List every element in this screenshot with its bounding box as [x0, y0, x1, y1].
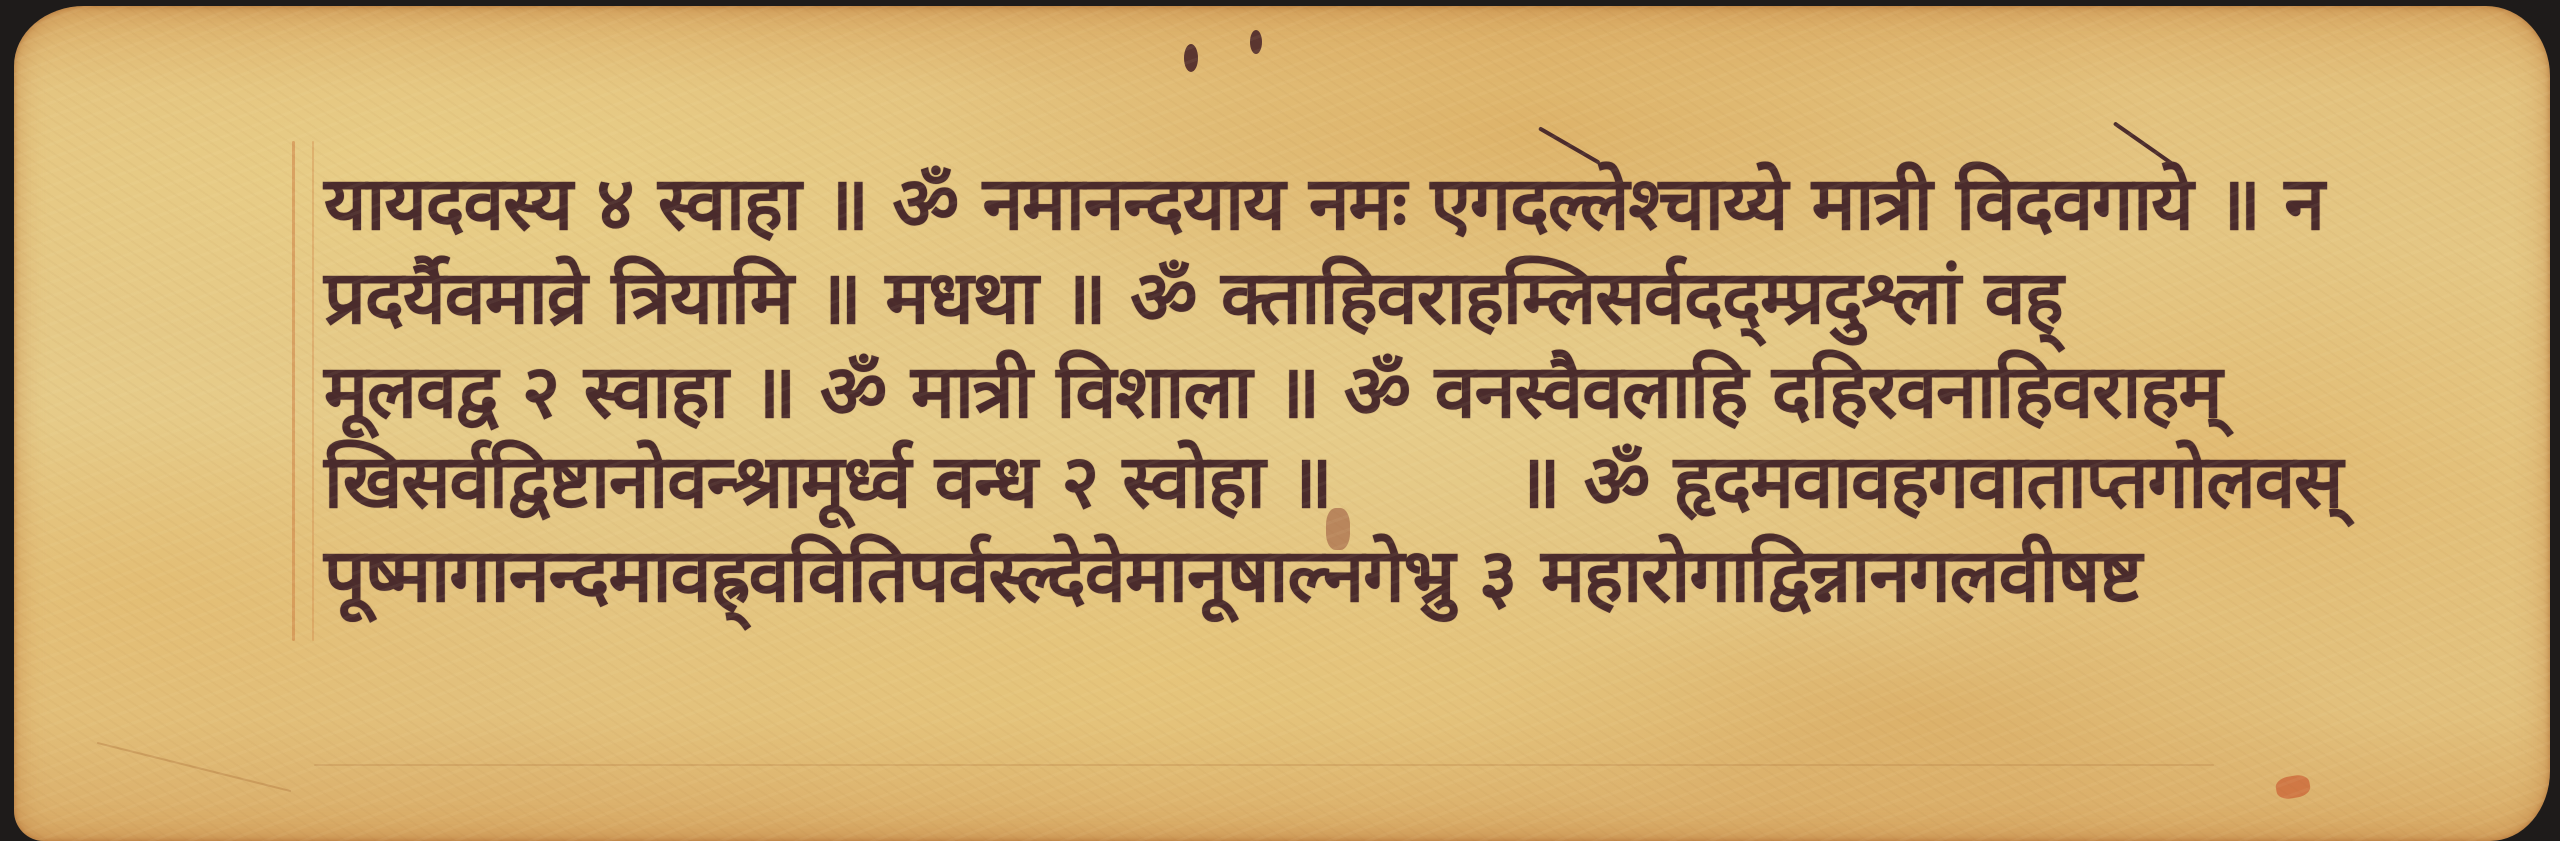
text-line-content: पूष्मागानन्दमावह्र्ववितिपर्वस्ल्देवेमानू… [324, 528, 2141, 624]
text-line-5: पूष्मागानन्दमावह्र्ववितिपर्वस्ल्देवेमानू… [324, 528, 2334, 624]
text-line-content: खिसर्वद्विष्टानोवन्श्रामूर्ध्व वन्ध २ स्… [324, 434, 1332, 530]
text-line-1: यायदवस्य ४ स्वाहा ॥ ॐ नमानन्दयाय नमः एगद… [324, 156, 2334, 252]
text-line-3: मूलवद्व २ स्वाहा ॥ ॐ मात्री विशाला ॥ ॐ व… [324, 344, 2334, 440]
paper-crease [97, 742, 292, 792]
text-line-content: यायदवस्य ४ स्वाहा ॥ ॐ नमानन्दयाय नमः एगद… [324, 156, 2324, 252]
ink-dot [1250, 30, 1262, 54]
text-line-content: मूलवद्व २ स्वाहा ॥ ॐ मात्री विशाला ॥ ॐ व… [324, 344, 2222, 440]
ink-dot [1184, 44, 1198, 72]
red-stain [2274, 773, 2311, 801]
margin-rule-inner [312, 141, 314, 641]
text-line-4: खिसर्वद्विष्टानोवन्श्रामूर्ध्व वन्ध २ स्… [324, 434, 2334, 530]
text-line-content: प्रदर्यैवमाव्रे त्रियामि ॥ मधथा ॥ ॐ क्ता… [324, 250, 2063, 346]
manuscript-photo: यायदवस्य ४ स्वाहा ॥ ॐ नमानन्दयाय नमः एगद… [0, 0, 2560, 841]
margin-rule-outer [292, 141, 295, 641]
paper-crease [314, 764, 2214, 766]
text-line-2: प्रदर्यैवमाव्रे त्रियामि ॥ मधथा ॥ ॐ क्ता… [324, 250, 2334, 346]
text-line-content-right: ॥ ॐ हृदमवावहगवाताप्तगोलवस् [1517, 434, 2342, 530]
manuscript-text: यायदवस्य ४ स्वाहा ॥ ॐ नमानन्दयाय नमः एगद… [324, 156, 2334, 624]
manuscript-folio: यायदवस्य ४ स्वाहा ॥ ॐ नमानन्दयाय नमः एगद… [14, 6, 2550, 841]
